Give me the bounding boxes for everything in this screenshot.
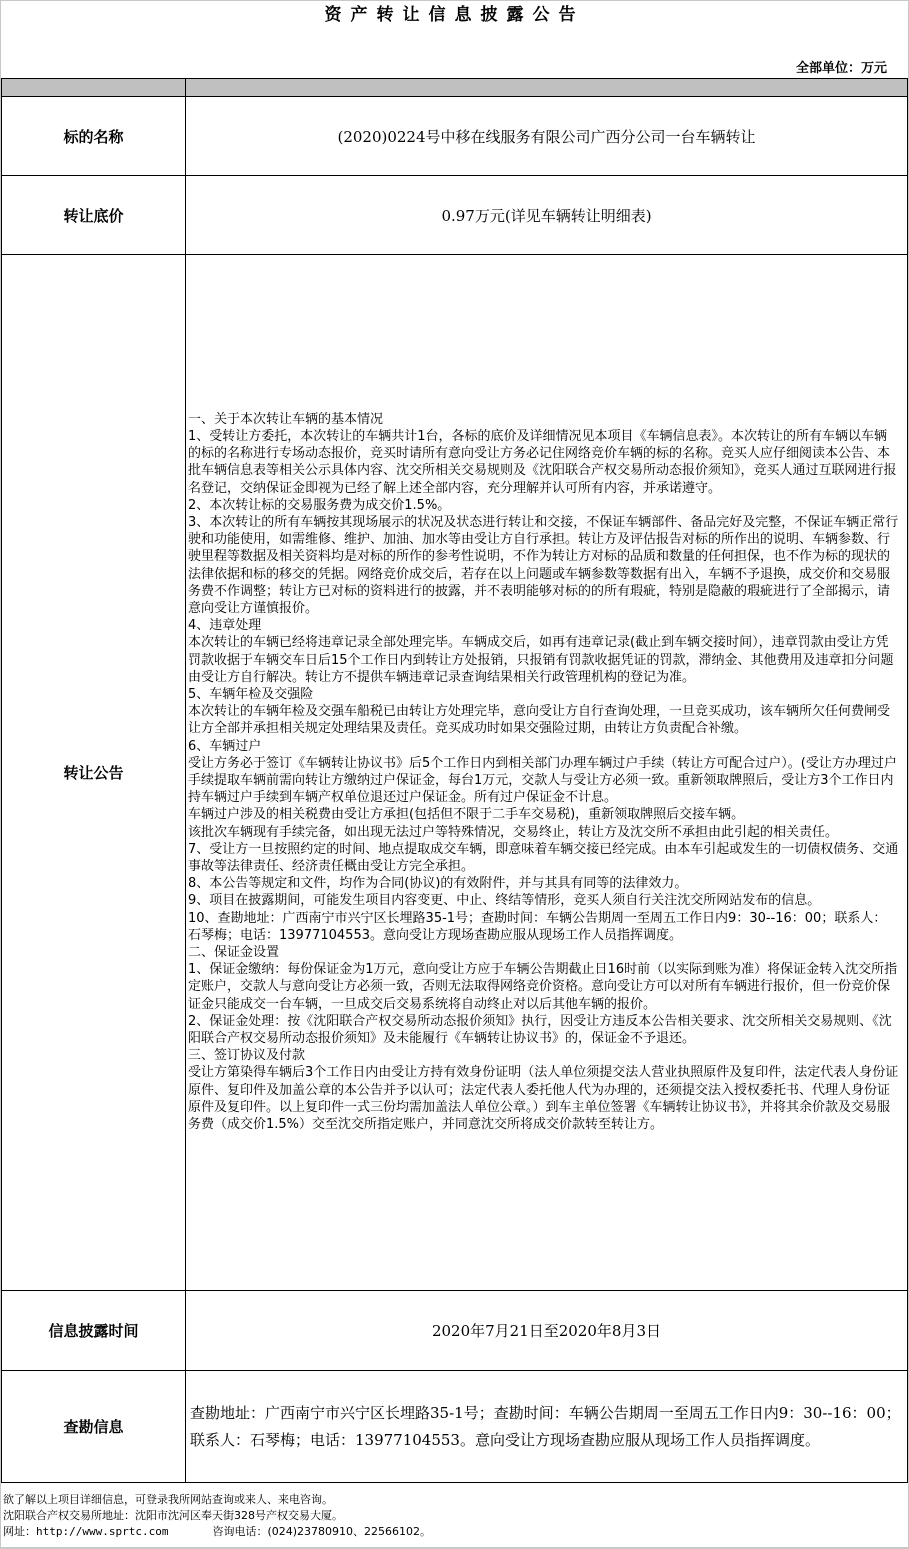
header-cell-label bbox=[2, 79, 186, 97]
row-announcement: 转让公告 一、关于本次转让车辆的基本情况 1、受转让方委托，本次转让的车辆共计1… bbox=[2, 255, 908, 1291]
announcement-paragraph: 7、受让方一旦按照约定的时间、地点提取成交车辆，即意味着车辆交接已经完成。由本车… bbox=[188, 841, 899, 875]
announcement-paragraph: 本次转让的车辆年检及交强车船税已由转让方处理完毕，意向受让方自行查询处理，一旦竞… bbox=[188, 703, 899, 737]
row-disclosure-period: 信息披露时间 2020年7月21日至2020年8月3日 bbox=[2, 1291, 908, 1371]
disclosure-period-value: 2020年7月21日至2020年8月3日 bbox=[186, 1291, 908, 1371]
subject-name-value: (2020)0224号中移在线服务有限公司广西分公司一台车辆转让 bbox=[186, 97, 908, 176]
announcement-paragraph: 本次转让的车辆已经将违章记录全部处理完毕。车辆成交后，如再有违章记录(截止到车辆… bbox=[188, 634, 899, 686]
announcement-body: 一、关于本次转让车辆的基本情况 1、受转让方委托，本次转让的车辆共计1台，各标的… bbox=[186, 255, 908, 1291]
announcement-paragraph: 该批次车辆现有手续完备，如出现无法过户等特殊情况，交易终止，转让方及沈交所不承担… bbox=[188, 824, 899, 841]
announcement-paragraph: 2、保证金处理：按《沈阳联合产权交易所动态报价须知》执行，因受让方违反本公告相关… bbox=[188, 1013, 899, 1047]
disclosure-period-label: 信息披露时间 bbox=[2, 1291, 186, 1371]
website-label: 网址： bbox=[3, 1525, 36, 1538]
phone-label: 咨询电话： bbox=[212, 1525, 267, 1538]
row-subject-name: 标的名称 (2020)0224号中移在线服务有限公司广西分公司一台车辆转让 bbox=[2, 97, 908, 176]
announcement-paragraph: 二、保证金设置 bbox=[188, 944, 899, 961]
row-inspection: 查勘信息 查勘地址：广西南宁市兴宁区长埋路35-1号；查勘时间：车辆公告期周一至… bbox=[2, 1371, 908, 1483]
announcement-paragraph: 6、车辆过户 bbox=[188, 738, 899, 755]
announcement-paragraph: 三、签订协议及付款 bbox=[188, 1047, 899, 1064]
announcement-paragraph: 5、车辆年检及交强险 bbox=[188, 686, 899, 703]
announcement-paragraph: 一、关于本次转让车辆的基本情况 bbox=[188, 411, 899, 428]
subject-name-label: 标的名称 bbox=[2, 97, 186, 176]
reserve-price-label: 转让底价 bbox=[2, 176, 186, 255]
footer-address-line: 沈阳联合产权交易所地址：沈阳市沈河区奉天街328号产权交易大厦。 bbox=[3, 1508, 431, 1524]
table-header-row bbox=[2, 79, 908, 97]
header-cell-value bbox=[186, 79, 908, 97]
announcement-paragraph: 1、保证金缴纳：每份保证金为1万元，意向受让方应于车辆公告期截止日16时前（以实… bbox=[188, 961, 899, 1013]
row-reserve-price: 转让底价 0.97万元(详见车辆转让明细表) bbox=[2, 176, 908, 255]
announcement-paragraph: 受让方务必于签订《车辆转让协议书》后5个工作日内到相关部门办理车辆过户手续（转让… bbox=[188, 755, 899, 807]
announcement-paragraph: 1、受转让方委托，本次转让的车辆共计1台，各标的底价及详细情况见本项目《车辆信息… bbox=[188, 428, 899, 497]
announcement-paragraph: 9、项目在披露期间，可能发生项目内容变更、中止、终结等情形，竞买人须自行关注沈交… bbox=[188, 892, 899, 909]
announcement-paragraph: 3、本次转让的所有车辆按其现场展示的状况及状态进行转让和交接，不保证车辆部件、备… bbox=[188, 514, 899, 617]
disclosure-table: 标的名称 (2020)0224号中移在线服务有限公司广西分公司一台车辆转让 转让… bbox=[1, 78, 908, 1483]
announcement-paragraph: 受让方第染得车辆后3个工作日内由受让方持有效身份证明（法人单位须提交法人营业执照… bbox=[188, 1064, 899, 1133]
announcement-paragraph: 2、本次转让标的交易服务费为成交价1.5%。 bbox=[188, 497, 899, 514]
reserve-price-value: 0.97万元(详见车辆转让明细表) bbox=[186, 176, 908, 255]
unit-label: 全部单位：万元 bbox=[796, 60, 887, 78]
announcement-label: 转让公告 bbox=[2, 255, 186, 1291]
announcement-paragraph: 8、本公告等规定和文件，均作为合同(协议)的有效附件，并与其具有同等的法律效力。 bbox=[188, 875, 899, 892]
announcement-paragraph: 10、查勘地址：广西南宁市兴宁区长埋路35-1号；查勘时间：车辆公告期周一至周五… bbox=[188, 910, 899, 944]
inspection-label: 查勘信息 bbox=[2, 1371, 186, 1483]
footer: 欲了解以上项目详细信息，可登录我所网站查询或来人、来电咨询。 沈阳联合产权交易所… bbox=[3, 1492, 431, 1540]
phone-number: (024)23780910、22566102。 bbox=[267, 1525, 431, 1538]
footer-info-line: 欲了解以上项目详细信息，可登录我所网站查询或来人、来电咨询。 bbox=[3, 1492, 431, 1508]
page-title: 资产转让信息披露公告 bbox=[0, 2, 909, 28]
inspection-value: 查勘地址：广西南宁市兴宁区长埋路35-1号；查勘时间：车辆公告期周一至周五工作日… bbox=[186, 1371, 908, 1483]
announcement-paragraph: 4、违章处理 bbox=[188, 617, 899, 634]
announcement-paragraph: 车辆过户涉及的相关税费由受让方承担(包括但不限于二手车交易税)，重新领取牌照后交… bbox=[188, 806, 899, 823]
website-link[interactable]: http://www.sprtc.com bbox=[36, 1525, 168, 1538]
footer-contact-line: 网址：http://www.sprtc.com咨询电话：(024)2378091… bbox=[3, 1524, 431, 1540]
